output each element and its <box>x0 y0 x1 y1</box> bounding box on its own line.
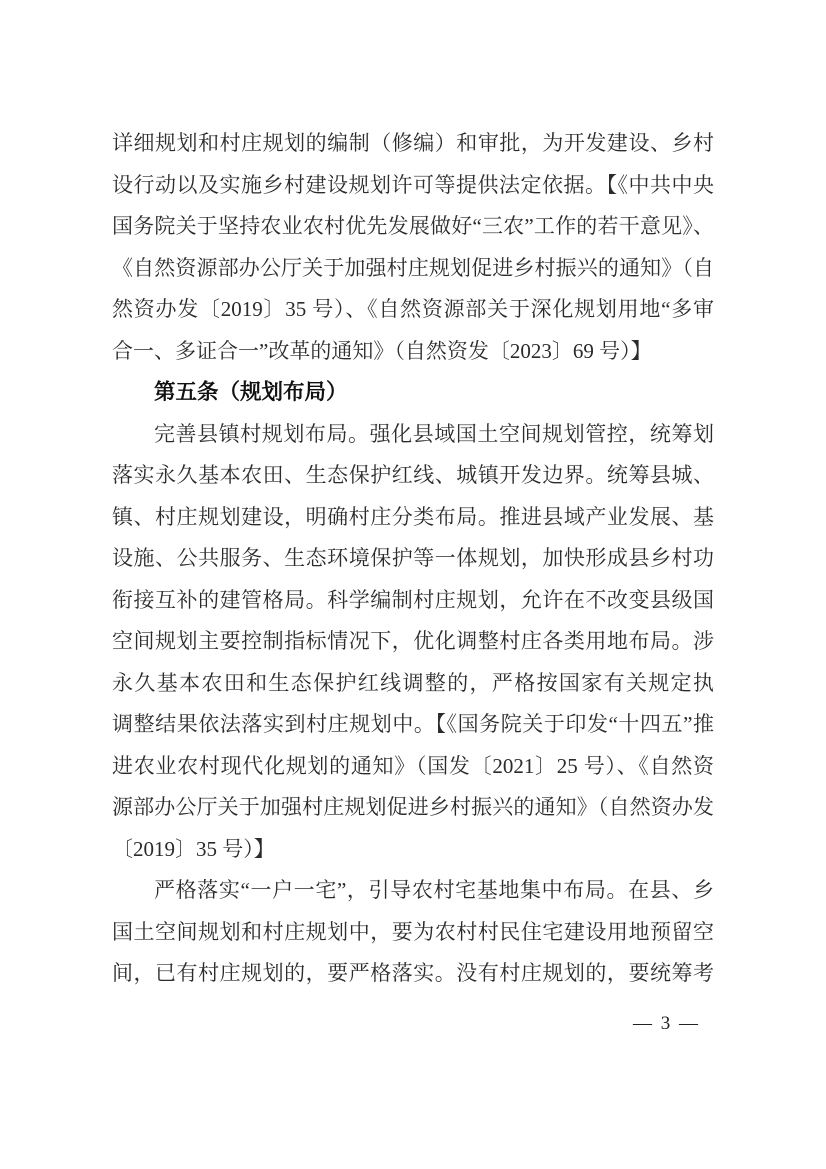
text-line: 国务院关于坚持农业农村优先发展做好“三农”工作的若干意见》、 <box>112 206 714 248</box>
text-line: 严格落实“一户一宅”，引导农村宅基地集中布局。在县、乡级 <box>112 870 714 912</box>
text-line: 间，已有村庄规划的，要严格落实。没有村庄规划的，要统筹考虑 <box>112 953 714 995</box>
text-line: 第五条（规划布局） <box>112 372 714 414</box>
text-line: 衔接互补的建管格局。科学编制村庄规划，允许在不改变县级国土 <box>112 580 714 622</box>
text-line: 镇、村庄规划建设，明确村庄分类布局。推进县域产业发展、基础 <box>112 497 714 539</box>
text-line: 《自然资源部办公厅关于加强村庄规划促进乡村振兴的通知》（自 <box>112 248 714 290</box>
text-line: 设施、公共服务、生态环境保护等一体规划，加快形成县乡村功能 <box>112 538 714 580</box>
page-number: — 3 — <box>633 1013 700 1035</box>
text-line: 永久基本农田和生态保护红线调整的，严格按国家有关规定执行， <box>112 663 714 705</box>
document-page: 详细规划和村庄规划的编制（修编）和审批，为开发建设、乡村建设行动以及实施乡村建设… <box>0 0 826 1169</box>
text-line: 调整结果依法落实到村庄规划中。【《国务院关于印发“十四五”推 <box>112 704 714 746</box>
text-line: 设行动以及实施乡村建设规划许可等提供法定依据。【《中共中央 <box>112 165 714 207</box>
text-line: 合一、多证合一”改革的通知》（自然资发〔2023〕69 号）】 <box>112 331 714 373</box>
text-line: 完善县镇村规划布局。强化县域国土空间规划管控，统筹划定 <box>112 414 714 456</box>
text-line: 然资办发〔2019〕35 号）、《自然资源部关于深化规划用地“多审 <box>112 289 714 331</box>
text-line: 〔2019〕35 号）】 <box>112 829 714 871</box>
text-line: 国土空间规划和村庄规划中，要为农村村民住宅建设用地预留空 <box>112 912 714 954</box>
document-body: 详细规划和村庄规划的编制（修编）和审批，为开发建设、乡村建设行动以及实施乡村建设… <box>112 123 714 995</box>
text-line: 空间规划主要控制指标情况下，优化调整村庄各类用地布局。涉及 <box>112 621 714 663</box>
text-line: 详细规划和村庄规划的编制（修编）和审批，为开发建设、乡村建 <box>112 123 714 165</box>
text-line: 进农业农村现代化规划的通知》（国发〔2021〕25 号）、《自然资 <box>112 746 714 788</box>
text-line: 源部办公厅关于加强村庄规划促进乡村振兴的通知》（自然资办发 <box>112 787 714 829</box>
text-line: 落实永久基本农田、生态保护红线、城镇开发边界。统筹县城、乡 <box>112 455 714 497</box>
